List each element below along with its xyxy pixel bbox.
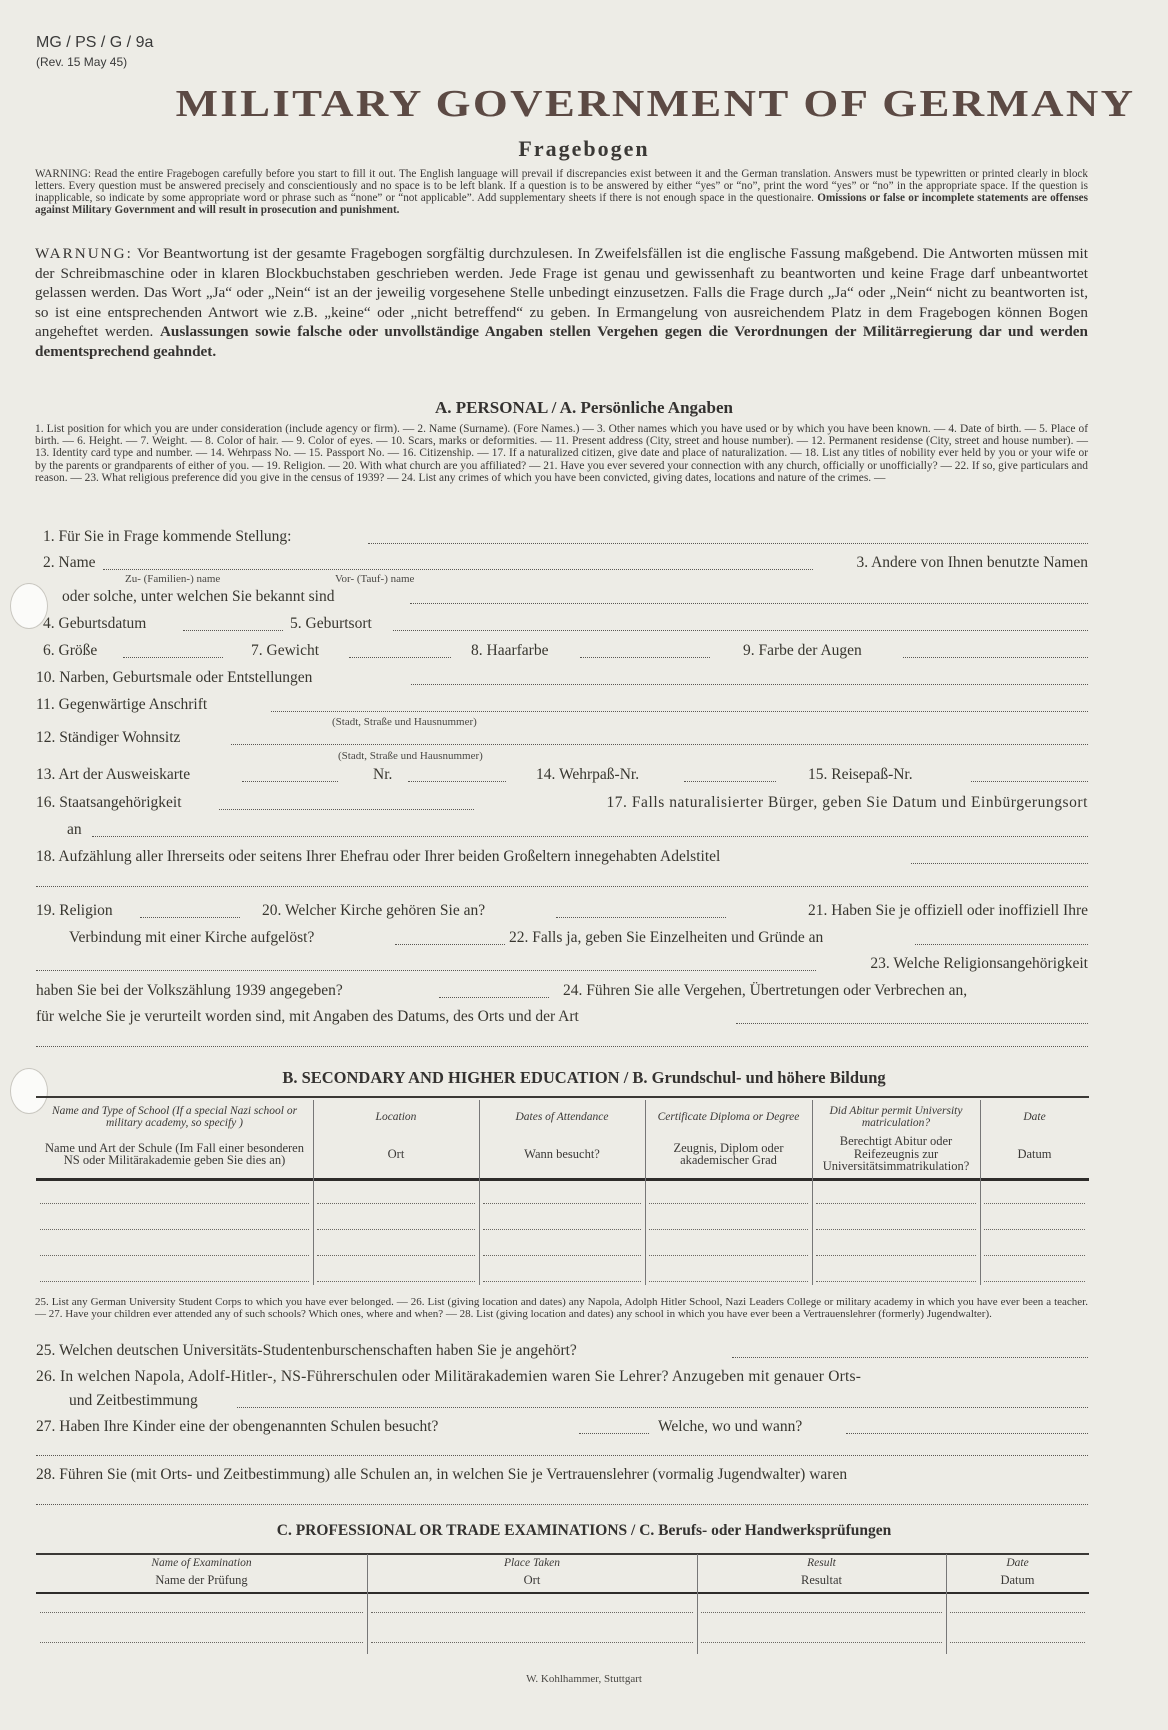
birth-place-field[interactable] <box>393 630 1088 631</box>
permanent-residence-field[interactable] <box>231 744 1088 745</box>
question-24-cont: für welche Sie je verurteilt worden sind… <box>36 1008 1088 1026</box>
table-cell[interactable] <box>483 1203 641 1204</box>
table-cell[interactable] <box>816 1255 976 1256</box>
children-schools-details-field[interactable] <box>846 1433 1088 1434</box>
table-cell[interactable] <box>483 1229 641 1230</box>
table-cell[interactable] <box>701 1612 942 1613</box>
table-b-header-rule <box>36 1178 1089 1181</box>
church-severed-field[interactable] <box>395 944 505 945</box>
table-cell[interactable] <box>40 1281 309 1282</box>
identity-card-number-field[interactable] <box>408 781 506 782</box>
student-corps-field[interactable] <box>732 1357 1088 1358</box>
table-cell[interactable] <box>649 1229 808 1230</box>
table-cell[interactable] <box>371 1612 693 1613</box>
napola-teacher-field[interactable] <box>237 1407 1088 1408</box>
warning-english: WARNING: Read the entire Fragebogen care… <box>35 168 1088 216</box>
column-header: Dates of AttendanceWann besucht? <box>479 1100 645 1176</box>
hair-color-field[interactable] <box>580 657 710 658</box>
section-a-title: A. PERSONAL / A. Persönliche Angaben <box>0 398 1168 418</box>
fragebogen-page: MG / PS / G / 9a (Rev. 15 May 45) MILITA… <box>0 0 1168 1730</box>
column-header: DateDatum <box>980 1100 1089 1176</box>
table-cell[interactable] <box>649 1203 808 1204</box>
table-cell[interactable] <box>40 1255 309 1256</box>
religion-field[interactable] <box>140 917 240 918</box>
question-26-cont: und Zeitbestimmung <box>69 1392 1088 1410</box>
section-a-help: 1. List position for which you are under… <box>35 423 1088 484</box>
address-hint: (Stadt, Straße und Hausnummer) <box>332 716 477 728</box>
revision-date: (Rev. 15 May 45) <box>36 55 127 69</box>
column-header: Place TakenOrt <box>367 1554 697 1590</box>
height-field[interactable] <box>123 657 223 658</box>
section-b-help: 25. List any German University Student C… <box>35 1296 1088 1320</box>
nobility-titles-field[interactable] <box>911 863 1088 864</box>
question-1: 1. Für Sie in Frage kommende Stellung: <box>43 528 1088 546</box>
position-field[interactable] <box>368 543 1088 544</box>
table-cell[interactable] <box>816 1281 976 1282</box>
name-field[interactable] <box>103 569 813 570</box>
church-reason-field[interactable] <box>915 944 1088 945</box>
table-cell[interactable] <box>483 1281 641 1282</box>
table-b-top-rule <box>36 1096 1089 1098</box>
birth-date-field[interactable] <box>183 630 283 631</box>
column-header: DateDatum <box>946 1554 1089 1590</box>
table-cell[interactable] <box>984 1203 1085 1204</box>
church-reason-field-2[interactable] <box>36 970 816 971</box>
table-cell[interactable] <box>701 1642 942 1643</box>
column-header: Name and Type of School (If a special Na… <box>36 1100 313 1176</box>
question-12: 12. Ständiger Wohnsitz <box>36 729 1088 747</box>
crimes-field[interactable] <box>736 1023 1088 1024</box>
other-names-field[interactable] <box>410 603 1088 604</box>
question-18: 18. Aufzählung aller Ihrerseits oder sei… <box>36 848 1088 866</box>
table-cell[interactable] <box>816 1203 976 1204</box>
address-hint: (Stadt, Straße und Hausnummer) <box>338 750 483 762</box>
table-cell[interactable] <box>40 1612 363 1613</box>
nobility-titles-field-2[interactable] <box>36 886 1088 887</box>
page-title: MILITARY GOVERNMENT OF GERMANY <box>36 82 1168 126</box>
table-cell[interactable] <box>40 1229 309 1230</box>
children-schools-details-field-2[interactable] <box>36 1455 1088 1456</box>
surname-hint: Zu- (Familien-) name <box>125 573 220 585</box>
question-6-9: 6. Größe 7. Gewicht 8. Haarfarbe 9. Farb… <box>43 642 1088 660</box>
table-cell[interactable] <box>317 1229 475 1230</box>
vertrauenslehrer-field[interactable] <box>36 1504 1088 1505</box>
table-cell[interactable] <box>371 1642 693 1643</box>
printer-imprint: W. Kohlhammer, Stuttgart <box>0 1673 1168 1685</box>
column-header: Certificate Diploma or DegreeZeugnis, Di… <box>645 1100 812 1176</box>
table-cell[interactable] <box>483 1255 641 1256</box>
question-21-22: Verbindung mit einer Kirche aufgelöst? 2… <box>69 929 1088 947</box>
present-address-field[interactable] <box>271 711 1088 712</box>
table-cell[interactable] <box>984 1229 1085 1230</box>
section-b-title: B. SECONDARY AND HIGHER EDUCATION / B. G… <box>0 1068 1168 1088</box>
table-cell[interactable] <box>984 1255 1085 1256</box>
identity-card-type-field[interactable] <box>242 781 338 782</box>
table-cell[interactable] <box>40 1203 309 1204</box>
scars-field[interactable] <box>411 684 1088 685</box>
question-26: 26. In welchen Napola, Adolf-Hitler-, NS… <box>36 1368 1088 1386</box>
table-cell[interactable] <box>317 1255 475 1256</box>
naturalization-field[interactable] <box>92 836 1088 837</box>
question-27: 27. Haben Ihre Kinder eine der obengenan… <box>36 1418 1088 1436</box>
table-cell[interactable] <box>950 1642 1085 1643</box>
form-number: MG / PS / G / 9a <box>36 34 153 52</box>
question-11: 11. Gegenwärtige Anschrift <box>36 696 1088 714</box>
warning-german-bold: Auslassungen sowie falsche oder unvollst… <box>35 323 1088 360</box>
table-cell[interactable] <box>649 1281 808 1282</box>
wehrpass-field[interactable] <box>684 781 776 782</box>
table-cell[interactable] <box>816 1229 976 1230</box>
question-23-24: haben Sie bei der Volkszählung 1939 ange… <box>36 982 1088 1000</box>
forename-hint: Vor- (Tauf-) name <box>335 573 414 585</box>
church-field[interactable] <box>556 917 726 918</box>
column-header: Name of ExaminationName der Prüfung <box>36 1554 367 1590</box>
table-cell[interactable] <box>649 1255 808 1256</box>
question-22-23: 23. Welche Religionsangehörigkeit <box>36 955 1088 973</box>
table-cell[interactable] <box>984 1281 1085 1282</box>
table-cell[interactable] <box>317 1203 475 1204</box>
question-19-21: 19. Religion 20. Welcher Kirche gehören … <box>36 902 1088 920</box>
table-cell[interactable] <box>950 1612 1085 1613</box>
question-28: 28. Führen Sie (mit Orts- und Zeitbestim… <box>36 1466 1088 1484</box>
table-cell[interactable] <box>40 1642 363 1643</box>
question-17-cont: an <box>67 821 1088 839</box>
question-25: 25. Welchen deutschen Universitäts-Stude… <box>36 1342 1088 1360</box>
eye-color-field[interactable] <box>903 657 1088 658</box>
crimes-field-2[interactable] <box>36 1046 1088 1047</box>
question-16-17: 16. Staatsangehörigkeit 17. Falls natura… <box>36 794 1088 812</box>
question-2: 2. Name 3. Andere von Ihnen benutzte Nam… <box>43 554 1088 572</box>
section-c-title: C. PROFESSIONAL OR TRADE EXAMINATIONS / … <box>0 1522 1168 1540</box>
warning-german: WARNUNG: Vor Beantwortung ist der gesamt… <box>35 244 1088 362</box>
page-subtitle: Fragebogen <box>0 136 1168 162</box>
children-schools-field[interactable] <box>579 1433 649 1434</box>
weight-field[interactable] <box>349 657 451 658</box>
column-header: Did Abitur permit University matriculati… <box>812 1100 980 1176</box>
citizenship-field[interactable] <box>219 809 474 810</box>
question-10: 10. Narben, Geburtsmale oder Entstellung… <box>36 669 1088 687</box>
table-cell[interactable] <box>317 1281 475 1282</box>
question-13-15: 13. Art der Ausweiskarte Nr. 14. Wehrpaß… <box>36 766 1088 784</box>
question-3-cont: oder solche, unter welchen Sie bekannt s… <box>62 588 1088 606</box>
passport-field[interactable] <box>971 781 1088 782</box>
table-c-header-rule <box>36 1592 1089 1594</box>
question-4-5: 4. Geburtsdatum 5. Geburtsort <box>43 615 1088 633</box>
census-religion-field[interactable] <box>439 997 549 998</box>
column-header: ResultResultat <box>697 1554 946 1590</box>
column-header: LocationOrt <box>313 1100 479 1176</box>
warning-german-keyword: WARNUNG: <box>35 245 133 262</box>
